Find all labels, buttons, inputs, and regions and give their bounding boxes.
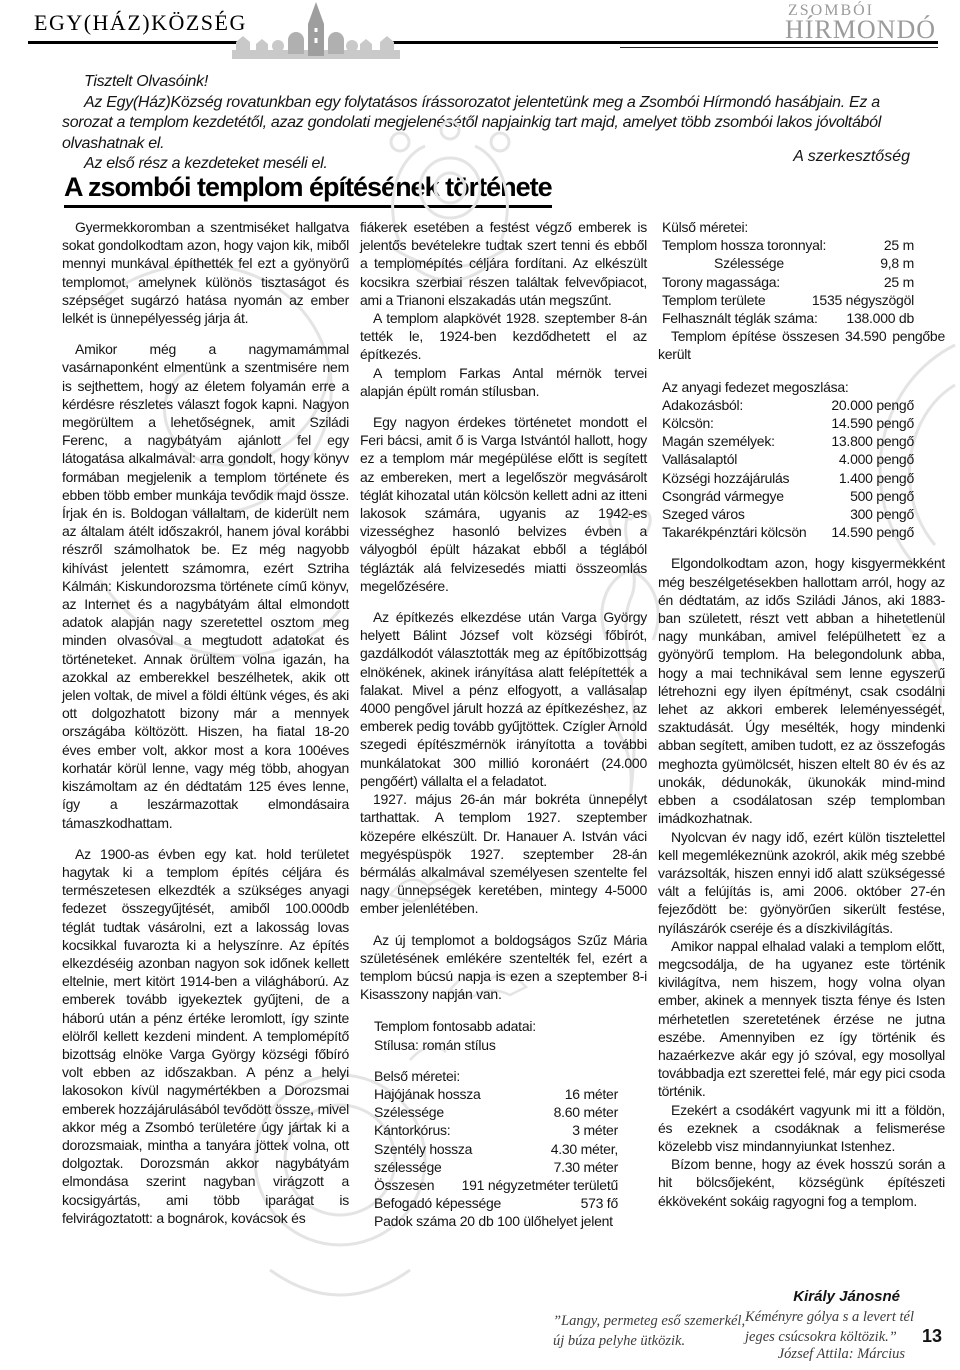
row-label: Szeged város bbox=[662, 505, 751, 523]
row-value: 7.30 méter bbox=[554, 1158, 618, 1176]
quote-line: jeges csúcsokra költözik.” bbox=[745, 1328, 914, 1348]
paragraph: Amikor még a nagymamámmal vasárnaponként… bbox=[62, 340, 349, 831]
quote-attribution: József Attila: Március bbox=[715, 1346, 905, 1363]
church-facts-list: Templom fontosabb adatai: Stílusa: román… bbox=[374, 1017, 618, 1230]
row-label: Templom hossza toronnyal: bbox=[662, 236, 832, 254]
row-label: Adakozásból: bbox=[662, 396, 749, 414]
row-value: 1.400 pengő bbox=[839, 469, 914, 487]
row-label: Kölcsön: bbox=[662, 414, 720, 432]
funding-heading: Az anyagi fedezet megoszlása: bbox=[662, 378, 914, 396]
church-silhouette-graphic bbox=[228, 2, 404, 66]
row-label: Befogadó képessége bbox=[374, 1194, 507, 1212]
intro-salutation: Tisztelt Olvasóink! bbox=[62, 72, 910, 93]
paragraph: Gyermekkoromban a szentmiséket hallgatva… bbox=[62, 218, 349, 327]
table-row: Szentély hossza4.30 méter, bbox=[374, 1140, 618, 1158]
row-label: Templom területe bbox=[662, 291, 771, 309]
row-value: 9,8 m bbox=[880, 254, 914, 272]
article-author: Király Jánosné bbox=[793, 1288, 900, 1305]
intro-paragraph: Az Egy(Ház)Község rovatunkban egy folyta… bbox=[62, 93, 910, 155]
newsletter-page: EGY(HÁZ)KÖZSÉG ZSOMBÓI HÍRMONDÓ Tisztelt… bbox=[0, 0, 960, 1370]
row-value: 13.800 pengő bbox=[831, 432, 914, 450]
paragraph: 1927. május 26-án már bokréta ünnepélyt … bbox=[360, 790, 647, 917]
section-title: EGY(HÁZ)KÖZSÉG bbox=[34, 10, 247, 36]
table-row: Templom hossza toronnyal:25 m bbox=[662, 236, 914, 254]
paragraph: A templom alapkövét 1928. szeptember 8-á… bbox=[360, 309, 647, 364]
table-row: Összesen191 négyzetméter területű bbox=[374, 1176, 618, 1194]
paragraph: A templom Farkas Antal mérnök tervei ala… bbox=[360, 364, 647, 400]
table-row: Szélessége9,8 m bbox=[662, 254, 914, 272]
row-value: 3 méter bbox=[572, 1121, 618, 1139]
paragraph: Amikor nappal elhalad valaki a templom e… bbox=[658, 937, 945, 1101]
paragraph: Az építkezés elkezdése után Varga György… bbox=[360, 608, 647, 790]
row-value: 4.30 méter, bbox=[551, 1140, 618, 1158]
row-label: Magán személyek: bbox=[662, 432, 781, 450]
paragraph: Bízom benne, hogy az évek hosszú során a… bbox=[658, 1155, 945, 1210]
row-value: 16 méter bbox=[565, 1085, 618, 1103]
footer-quote-right: Kéményre gólya s a levert tél jeges csúc… bbox=[745, 1308, 914, 1347]
row-value: 20.000 pengő bbox=[831, 396, 914, 414]
table-row: Szélessége8.60 méter bbox=[374, 1103, 618, 1121]
header-rule-right-thin bbox=[620, 47, 938, 48]
quote-line: Kéményre gólya s a levert tél bbox=[745, 1308, 914, 1328]
row-label: Községi hozzájárulás bbox=[662, 469, 795, 487]
row-value: 573 fő bbox=[581, 1194, 618, 1212]
paragraph: Az 1900-as évben egy kat. hold területet… bbox=[62, 845, 349, 1227]
table-row: Adakozásból:20.000 pengő bbox=[662, 396, 914, 414]
table-row: Torony magassága:25 m bbox=[662, 273, 914, 291]
page-number: 13 bbox=[922, 1326, 942, 1347]
table-row: Takarékpénztári kölcsön14.590 pengő bbox=[662, 523, 914, 541]
row-value: 25 m bbox=[884, 236, 914, 254]
table-row: szélessége7.30 méter bbox=[374, 1158, 618, 1176]
exterior-list: Külső méretei: Templom hossza toronnyal:… bbox=[662, 218, 914, 327]
row-value: 14.590 pengő bbox=[831, 414, 914, 432]
editorial-signoff: A szerkesztőség bbox=[62, 148, 910, 166]
row-label: Kántorkórus: bbox=[374, 1121, 456, 1139]
interior-note: Padok száma 20 db 100 ülőhelyet jelent bbox=[374, 1212, 618, 1230]
article-title: A zsombói templom építésének története bbox=[64, 172, 552, 203]
interior-heading: Belső méretei: bbox=[374, 1067, 618, 1085]
row-label: szélessége bbox=[374, 1158, 448, 1176]
row-label: Szélessége bbox=[662, 254, 790, 272]
row-value: 300 pengő bbox=[850, 505, 914, 523]
row-label: Csongrád vármegye bbox=[662, 487, 790, 505]
row-value: 138.000 db bbox=[846, 309, 914, 327]
row-label: Felhasznált téglák száma: bbox=[662, 309, 824, 327]
facts-style: Stílusa: román stílus bbox=[374, 1036, 618, 1054]
funding-list: Az anyagi fedezet megoszlása: Adakozásbó… bbox=[662, 378, 914, 542]
row-label: Hajójának hossza bbox=[374, 1085, 487, 1103]
exterior-heading: Külső méretei: bbox=[662, 218, 914, 236]
table-row: Felhasznált téglák száma:138.000 db bbox=[662, 309, 914, 327]
exterior-note: Templom építése összesen 34.590 pengőbe … bbox=[658, 327, 945, 363]
paragraph: Az új templomot a boldogságos Szűz Mária… bbox=[360, 931, 647, 1004]
row-value: 8.60 méter bbox=[554, 1103, 618, 1121]
table-row: Befogadó képessége573 fő bbox=[374, 1194, 618, 1212]
header-rule-left bbox=[28, 41, 245, 44]
table-row: Községi hozzájárulás1.400 pengő bbox=[662, 469, 914, 487]
column-3: Külső méretei: Templom hossza toronnyal:… bbox=[658, 218, 945, 1231]
article-columns: Gyermekkoromban a szentmiséket hallgatva… bbox=[62, 218, 946, 1231]
table-row: Kölcsön:14.590 pengő bbox=[662, 414, 914, 432]
facts-heading: Templom fontosabb adatai: bbox=[374, 1017, 618, 1035]
quote-line: ”Langy, permeteg eső szemerkél, bbox=[553, 1312, 745, 1332]
paragraph: Nyolcvan év nagy idő, ezért külön tiszte… bbox=[658, 828, 945, 937]
paragraph: fiákerek esetében a festést végző embere… bbox=[360, 218, 647, 309]
row-label: Vallásalaptól bbox=[662, 450, 743, 468]
row-label: Torony magassága: bbox=[662, 273, 786, 291]
paragraph: Elgondolkodtam azon, hogy kisgyermekként… bbox=[658, 554, 945, 827]
paragraph: Egy nagyon érdekes történetet mondott el… bbox=[360, 413, 647, 595]
paragraph: Ezekért a csodákért vagyunk mi itt a föl… bbox=[658, 1101, 945, 1156]
column-2: fiákerek esetében a festést végző embere… bbox=[360, 218, 647, 1231]
row-label: Szélessége bbox=[374, 1103, 450, 1121]
row-value: 14.590 pengő bbox=[831, 523, 914, 541]
masthead-logo: ZSOMBÓI HÍRMONDÓ bbox=[785, 3, 936, 43]
column-1: Gyermekkoromban a szentmiséket hallgatva… bbox=[62, 218, 349, 1231]
table-row: Hajójának hossza16 méter bbox=[374, 1085, 618, 1103]
row-label: Összesen bbox=[374, 1176, 440, 1194]
row-value: 500 pengő bbox=[850, 487, 914, 505]
row-value: 1535 négyszögöl bbox=[812, 291, 914, 309]
table-row: Templom területe1535 négyszögöl bbox=[662, 291, 914, 309]
row-value: 191 négyzetméter területű bbox=[462, 1176, 618, 1194]
table-row: Szeged város300 pengő bbox=[662, 505, 914, 523]
row-value: 25 m bbox=[884, 273, 914, 291]
row-label: Szentély hossza bbox=[374, 1140, 478, 1158]
row-value: 4.000 pengő bbox=[839, 450, 914, 468]
table-row: Csongrád vármegye500 pengő bbox=[662, 487, 914, 505]
table-row: Vallásalaptól4.000 pengő bbox=[662, 450, 914, 468]
row-label: Takarékpénztári kölcsön bbox=[662, 523, 812, 541]
masthead-line2: HÍRMONDÓ bbox=[785, 17, 936, 43]
table-row: Kántorkórus:3 méter bbox=[374, 1121, 618, 1139]
table-row: Magán személyek:13.800 pengő bbox=[662, 432, 914, 450]
